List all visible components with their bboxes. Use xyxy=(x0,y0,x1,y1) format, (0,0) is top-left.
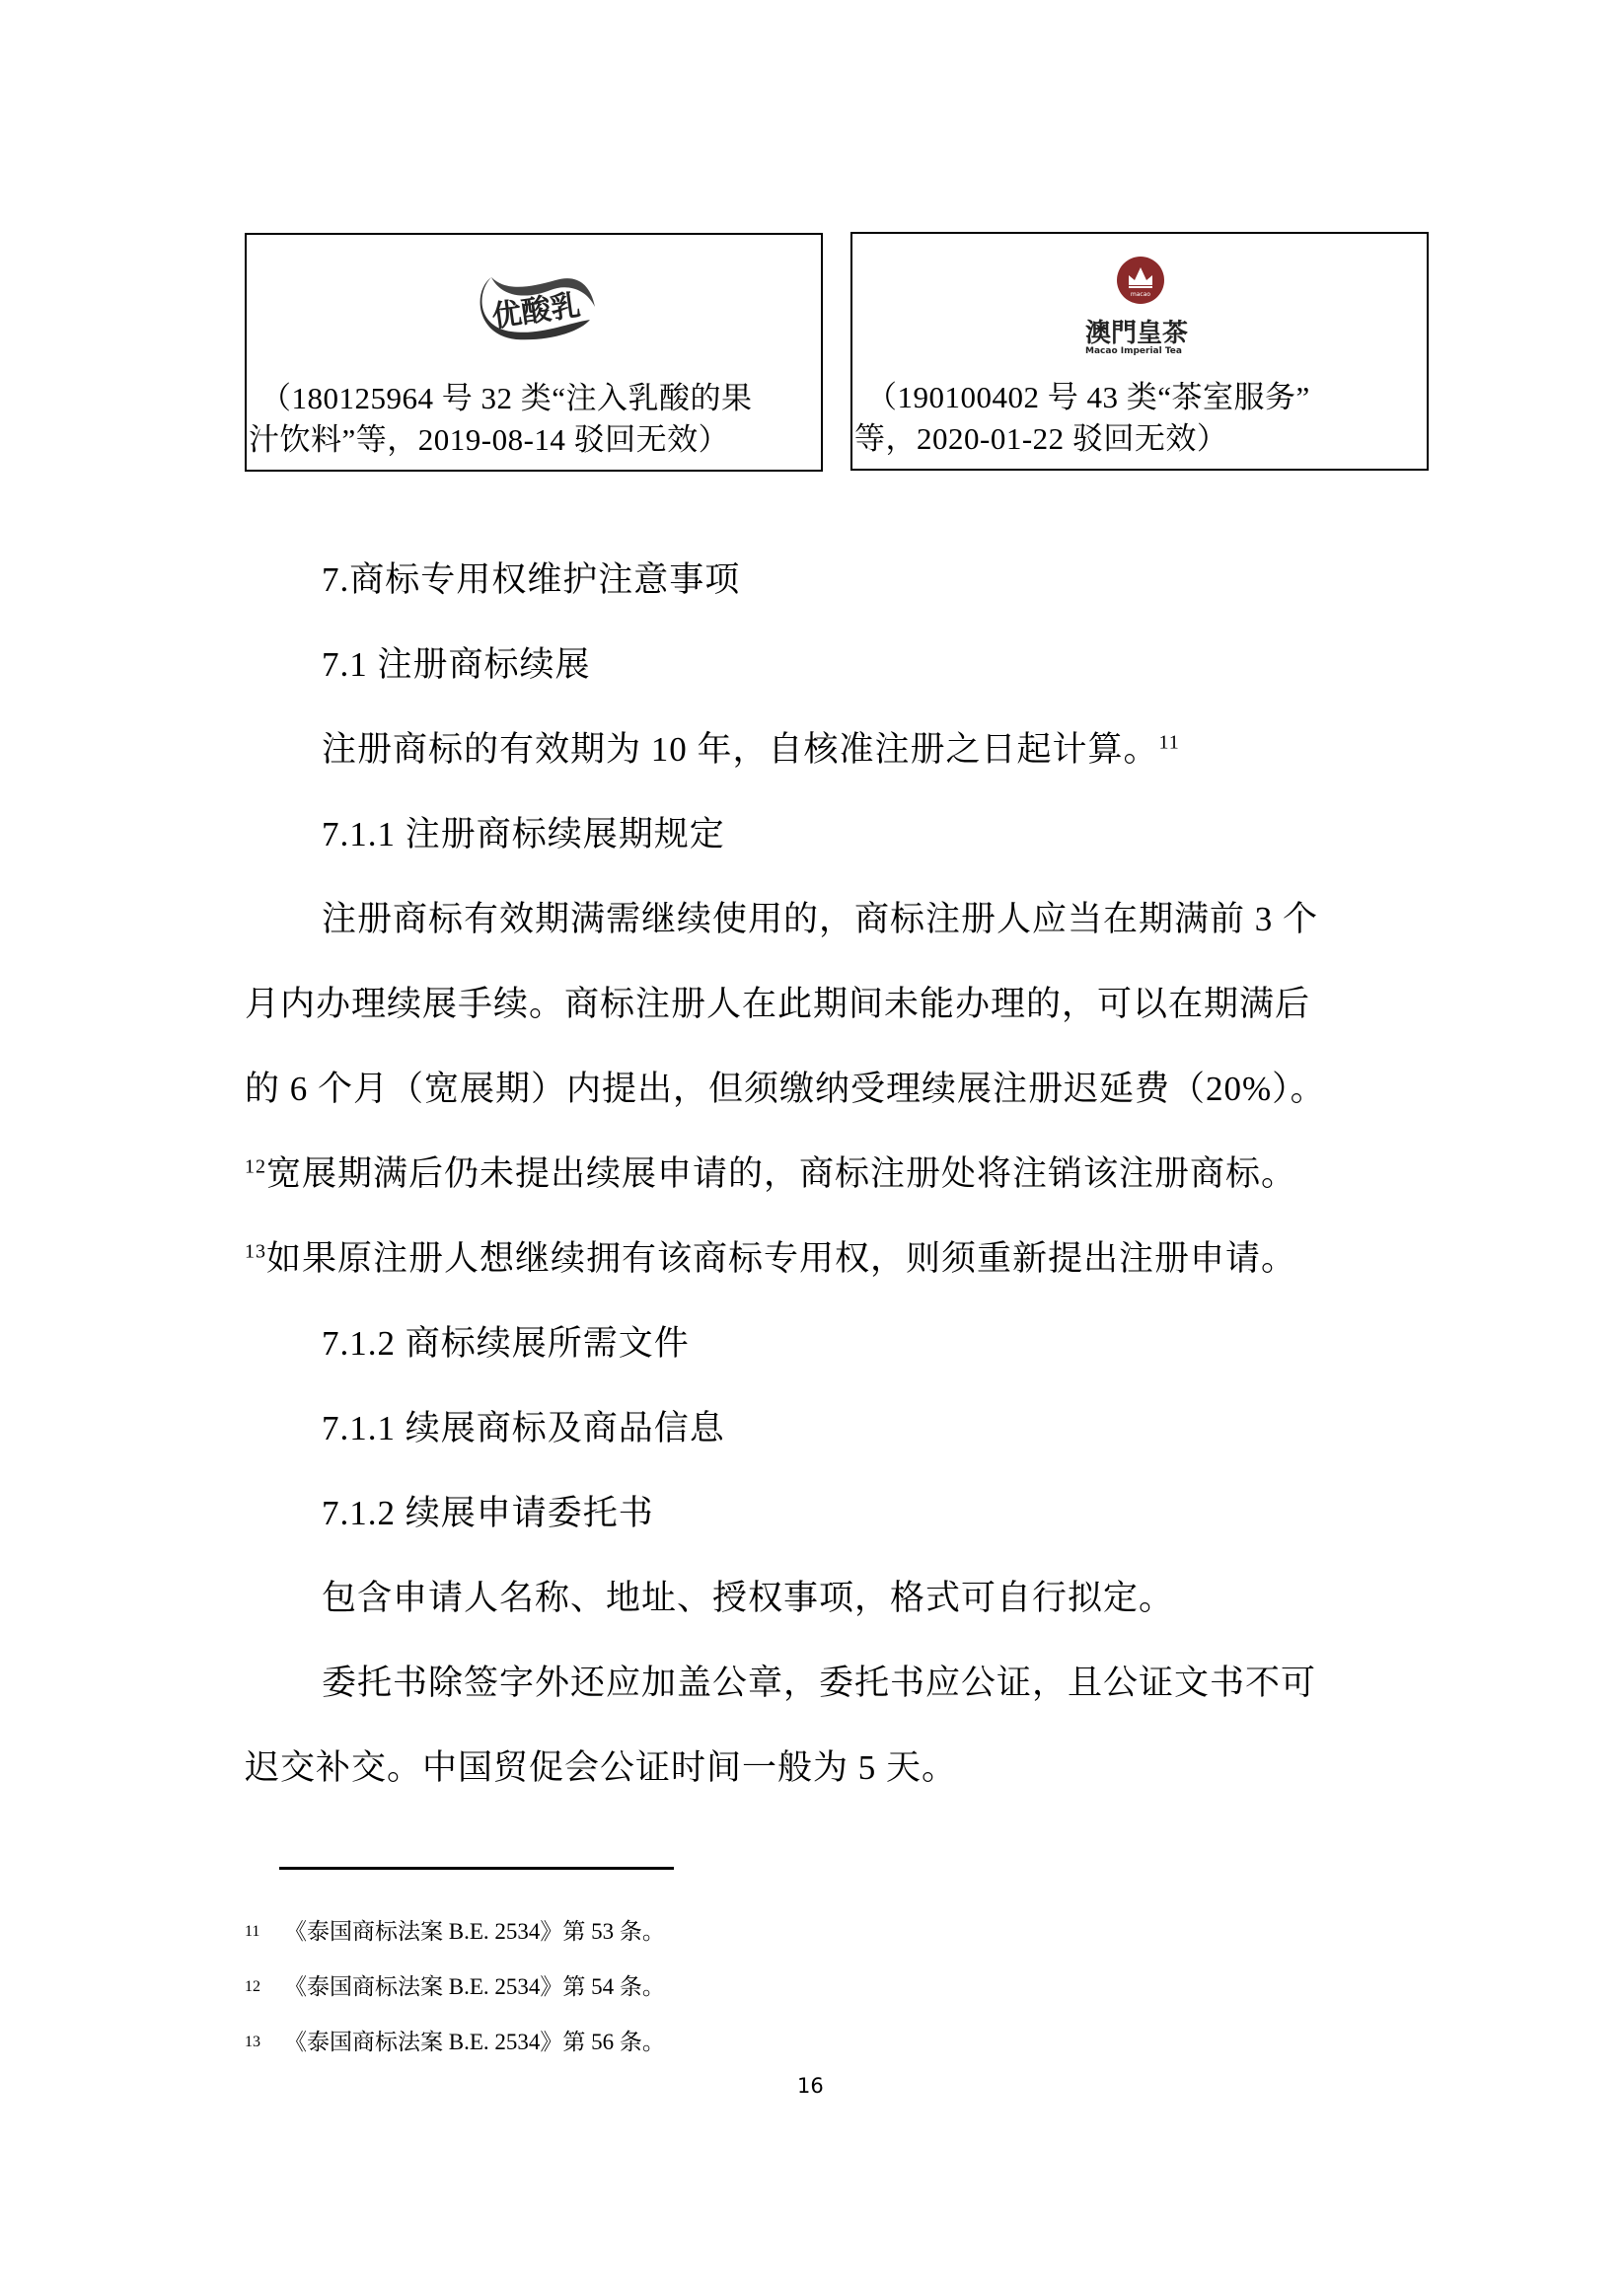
footnote-ref-13[interactable]: 13 xyxy=(245,1240,266,1262)
paragraph-validity: 注册商标的有效期为 10 年，自核准注册之日起计算。11 xyxy=(322,730,1180,770)
trademark-caption-line-1: （180125964 号 32 类“注入乳酸的果 xyxy=(260,377,811,419)
paragraph-renewal-line-5: 13如果原注册人想继续拥有该商标专用权，则须重新提出注册申请。 xyxy=(245,1239,1296,1279)
trademark-example-box-1: 优酸乳 （180125964 号 32 类“注入乳酸的果 汁饮料”等，2019-… xyxy=(245,233,823,472)
section-heading-7-1-2: 7.1.2 商标续展所需文件 xyxy=(322,1324,690,1364)
paragraph-renewal-line-4: 12宽展期满后仍未提出续展申请的，商标注册处将注销该注册商标。 xyxy=(245,1154,1296,1194)
footnote-number: 13 xyxy=(245,2029,284,2056)
paragraph-text: 如果原注册人想继续拥有该商标专用权，则须重新提出注册申请。 xyxy=(266,1239,1296,1278)
subheading-power-of-attorney: 7.1.2 续展申请委托书 xyxy=(322,1494,654,1533)
page-number: 16 xyxy=(797,2074,824,2098)
paragraph-poa-contents: 包含申请人名称、地址、授权事项，格式可自行拟定。 xyxy=(322,1579,1174,1618)
footnote-ref-11[interactable]: 11 xyxy=(1159,731,1180,753)
footnote-number: 12 xyxy=(245,1973,284,2001)
crown-circle-logo-icon: macao xyxy=(1116,256,1165,305)
trademark-caption-line-2: 等，2020-01-22 驳回无效） xyxy=(854,417,1417,460)
footnote-separator xyxy=(279,1867,674,1870)
footnote-ref-12[interactable]: 12 xyxy=(245,1155,266,1177)
section-heading-7: 7.商标专用权维护注意事项 xyxy=(322,560,740,600)
paragraph-text: 注册商标的有效期为 10 年，自核准注册之日起计算。 xyxy=(322,730,1159,769)
paragraph-renewal-line-1: 注册商标有效期满需继续使用的，商标注册人应当在期满前 3 个 xyxy=(322,900,1318,939)
trademark-caption-line-2: 汁饮料”等，2019-08-14 驳回无效） xyxy=(249,418,811,461)
section-heading-7-1-1: 7.1.1 注册商标续展期规定 xyxy=(322,815,725,854)
footnote-text: 《泰国商标法案 B.E. 2534》第 53 条。 xyxy=(284,1919,665,1944)
subheading-renewal-info: 7.1.1 续展商标及商品信息 xyxy=(322,1409,725,1448)
footnote-11: 11《泰国商标法案 B.E. 2534》第 53 条。 xyxy=(245,1918,665,1946)
footnote-12: 12《泰国商标法案 B.E. 2534》第 54 条。 xyxy=(245,1973,665,2001)
svg-text:macao: macao xyxy=(1131,291,1150,298)
trademark-caption-line-1: （190100402 号 43 类“茶室服务” xyxy=(866,376,1417,418)
section-heading-7-1: 7.1 注册商标续展 xyxy=(322,645,591,685)
logo-text: 澳門皇茶 xyxy=(1085,313,1188,349)
footnote-number: 11 xyxy=(245,1918,284,1946)
logo-subtext: Macao Imperial Tea xyxy=(1085,346,1182,356)
footnote-text: 《泰国商标法案 B.E. 2534》第 54 条。 xyxy=(284,1974,665,1999)
paragraph-renewal-line-2: 月内办理续展手续。商标注册人在此期间未能办理的，可以在期满后 xyxy=(245,985,1310,1024)
paragraph-notarization-line-2: 迟交补交。中国贸促会公证时间一般为 5 天。 xyxy=(245,1748,957,1788)
footnote-text: 《泰国商标法案 B.E. 2534》第 56 条。 xyxy=(284,2030,665,2054)
trademark-example-box-2: macao 澳門皇茶 Macao Imperial Tea （190100402… xyxy=(850,232,1429,471)
paragraph-text: 宽展期满后仍未提出续展申请的，商标注册处将注销该注册商标。 xyxy=(266,1154,1296,1193)
footnote-13: 13《泰国商标法案 B.E. 2534》第 56 条。 xyxy=(245,2029,665,2056)
paragraph-renewal-line-3: 的 6 个月（宽展期）内提出，但须缴纳受理续展注册迟延费（20%）。 xyxy=(245,1070,1326,1109)
paragraph-notarization-line-1: 委托书除签字外还应加盖公章，委托书应公证，且公证文书不可 xyxy=(322,1664,1316,1703)
